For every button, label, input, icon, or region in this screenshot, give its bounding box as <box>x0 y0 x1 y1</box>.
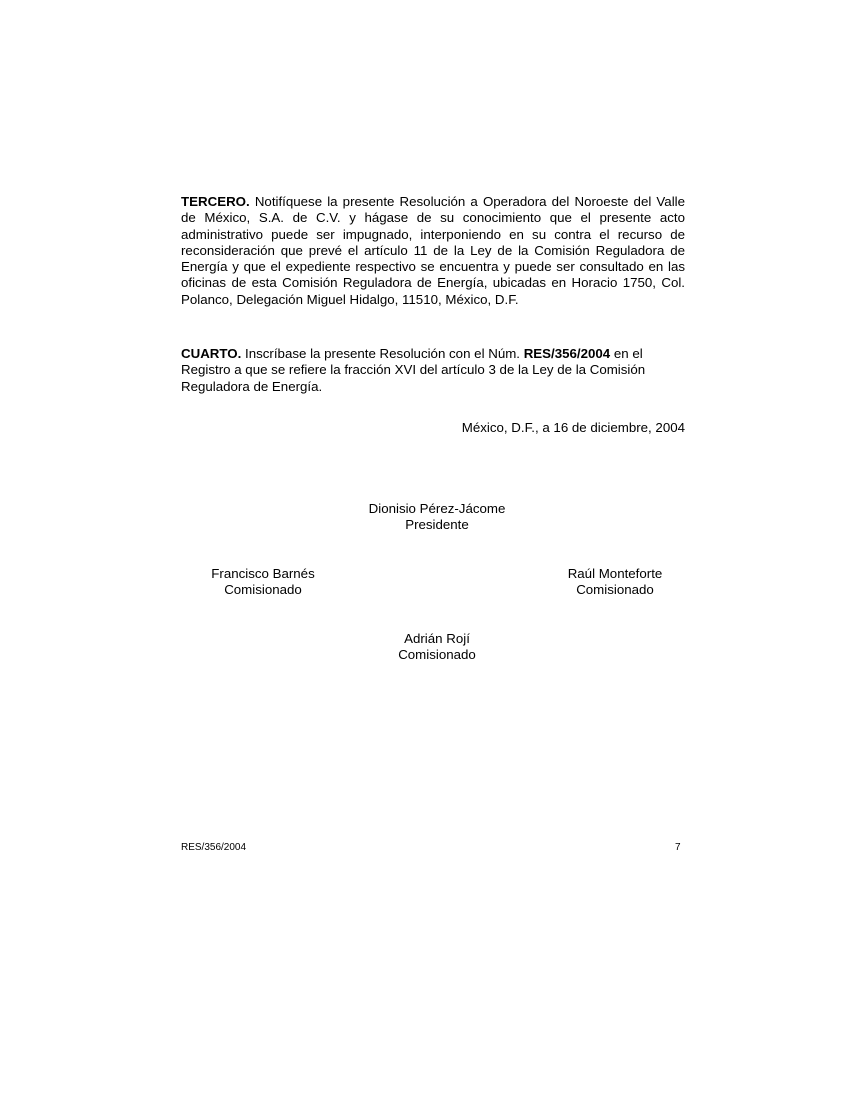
date-line: México, D.F., a 16 de diciembre, 2004 <box>462 420 685 436</box>
document-page: TERCERO. Notifíquese la presente Resoluc… <box>0 0 850 1100</box>
signature-commissioner: Raúl Monteforte Comisionado <box>505 566 725 599</box>
signature-president: Dionisio Pérez-Jácome Presidente <box>327 501 547 534</box>
tercero-heading: TERCERO. <box>181 194 250 209</box>
signature-commissioner: Adrián Rojí Comisionado <box>327 631 547 664</box>
resolutive-cuarto: CUARTO. Inscríbase la presente Resolució… <box>181 346 685 395</box>
footer-reference: RES/356/2004 <box>181 842 246 854</box>
signatory-name: Francisco Barnés <box>153 566 373 582</box>
signatory-title: Presidente <box>327 517 547 533</box>
signatory-title: Comisionado <box>327 647 547 663</box>
signature-commissioner: Francisco Barnés Comisionado <box>153 566 373 599</box>
signatory-name: Dionisio Pérez-Jácome <box>327 501 547 517</box>
resolution-number: RES/356/2004 <box>524 346 611 361</box>
signatory-title: Comisionado <box>505 582 725 598</box>
signatory-name: Adrián Rojí <box>327 631 547 647</box>
resolutive-tercero: TERCERO. Notifíquese la presente Resoluc… <box>181 194 685 308</box>
tercero-text: Notifíquese la presente Resolución a Ope… <box>181 194 685 307</box>
cuarto-text-before: Inscríbase la presente Resolución con el… <box>241 346 523 361</box>
page-number: 7 <box>675 842 681 854</box>
signatory-title: Comisionado <box>153 582 373 598</box>
cuarto-heading: CUARTO. <box>181 346 241 361</box>
signatory-name: Raúl Monteforte <box>505 566 725 582</box>
